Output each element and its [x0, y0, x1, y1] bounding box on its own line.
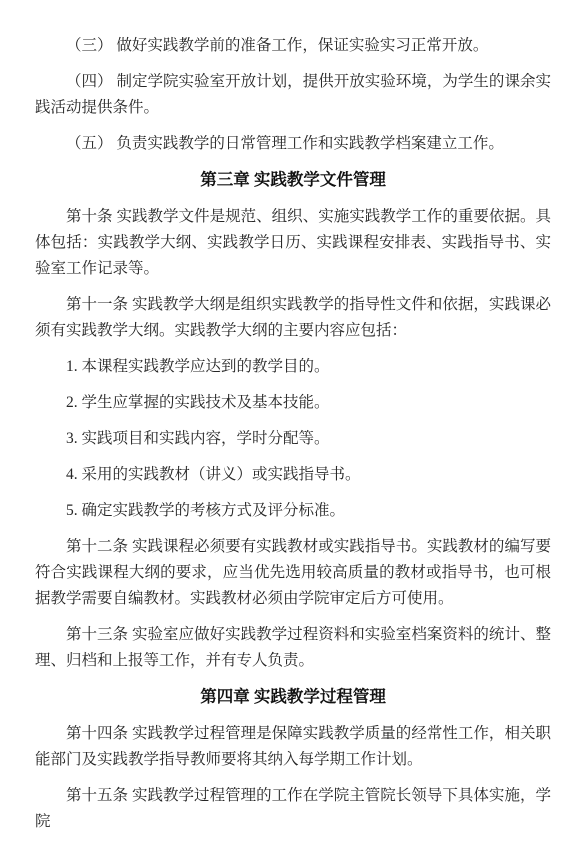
- list-item-1: 1. 本课程实践教学应达到的教学目的。: [35, 354, 551, 380]
- chapter-3-heading: 第三章 实践教学文件管理: [35, 167, 551, 193]
- clause-14-paragraph: 第十四条 实践教学过程管理是保障实践教学质量的经常性工作，相关职能部门及实践教学…: [35, 721, 551, 773]
- list-item-5: 5. 确定实践教学的考核方式及评分标准。: [35, 498, 551, 524]
- list-item-4: 4. 采用的实践教材（讲义）或实践指导书。: [35, 462, 551, 488]
- clause-11-paragraph: 第十一条 实践教学大纲是组织实践教学的指导性文件和依据，实践课必须有实践教学大纲…: [35, 292, 551, 344]
- clause-13-paragraph: 第十三条 实验室应做好实践教学过程资料和实验室档案资料的统计、整理、归档和上报等…: [35, 622, 551, 674]
- chapter-4-heading: 第四章 实践教学过程管理: [35, 684, 551, 710]
- paragraph-item-3: （三） 做好实践教学前的准备工作，保证实验实习正常开放。: [35, 33, 551, 59]
- list-item-3: 3. 实践项目和实践内容，学时分配等。: [35, 426, 551, 452]
- paragraph-item-5: （五） 负责实践教学的日常管理工作和实践教学档案建立工作。: [35, 131, 551, 157]
- paragraph-item-4: （四） 制定学院实验室开放计划，提供开放实验环境，为学生的课余实践活动提供条件。: [35, 69, 551, 121]
- clause-12-paragraph: 第十二条 实践课程必须要有实践教材或实践指导书。实践教材的编写要符合实践课程大纲…: [35, 534, 551, 612]
- clause-10-paragraph: 第十条 实践教学文件是规范、组织、实施实践教学工作的重要依据。具体包括：实践教学…: [35, 204, 551, 282]
- document-page: （三） 做好实践教学前的准备工作，保证实验实习正常开放。 （四） 制定学院实验室…: [0, 0, 584, 844]
- list-item-2: 2. 学生应掌握的实践技术及基本技能。: [35, 390, 551, 416]
- clause-15-paragraph: 第十五条 实践教学过程管理的工作在学院主管院长领导下具体实施，学院: [35, 783, 551, 835]
